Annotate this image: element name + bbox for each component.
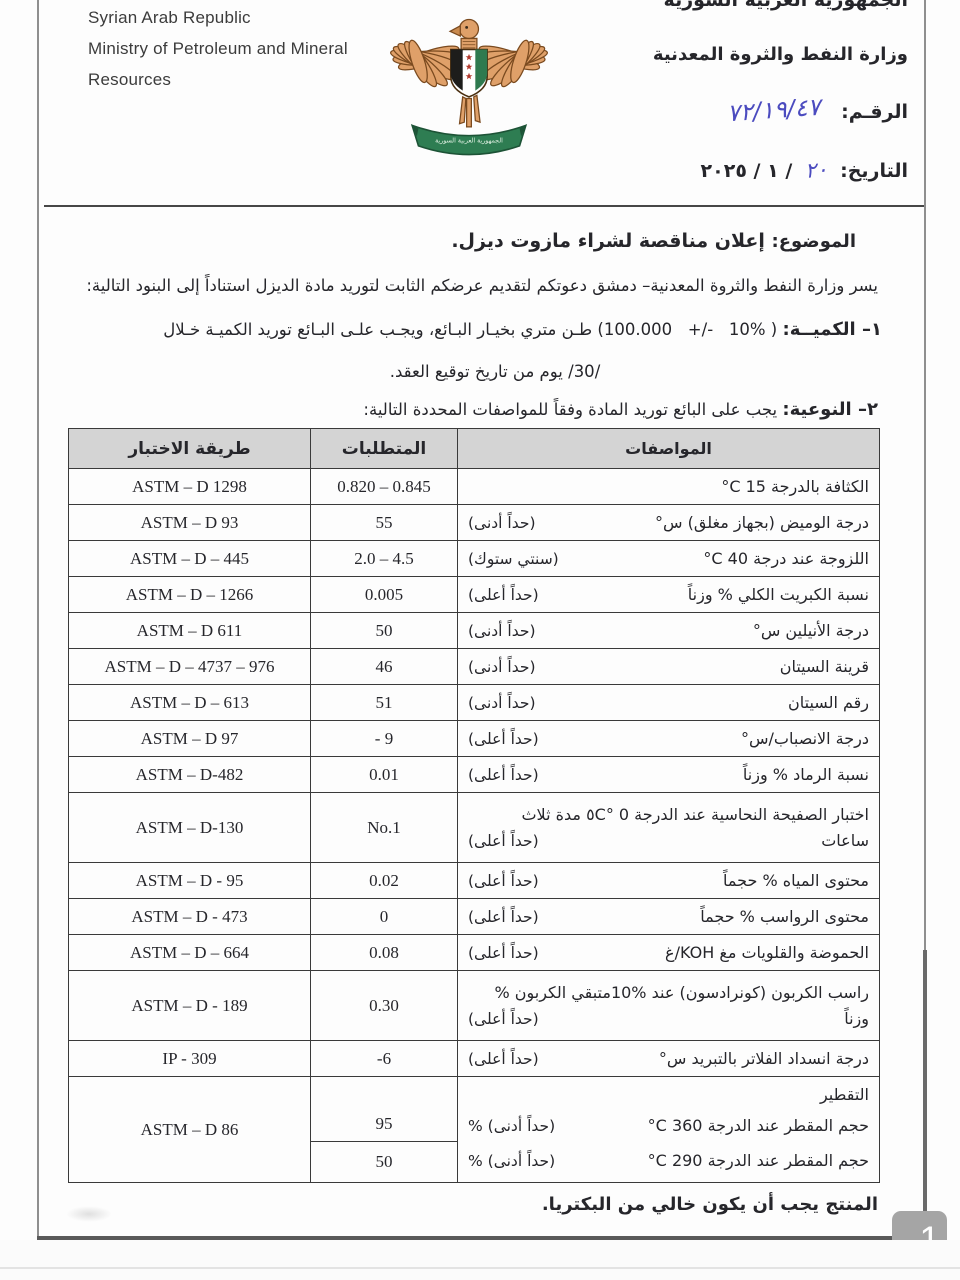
date-label: التاريخ: (840, 160, 908, 182)
method-cell: ASTM – D – 4737 – 976 (69, 649, 311, 684)
quantity-text: طـن متري بخيـار البـائع، ويجـب علـى البـ… (163, 320, 592, 339)
table-row: ASTM – D-130 No.1 اختبار الصفيحة النحاسي… (69, 792, 879, 862)
method-cell: ASTM – D 1298 (69, 469, 311, 504)
page-border-left (37, 0, 39, 1240)
method-cell: ASTM – D-482 (69, 757, 311, 792)
arabic-country-title: الجمهورية العربية السورية (664, 0, 908, 11)
specification-cell: الكثافة بالدرجة 15 C° (458, 469, 879, 504)
spec-text: رقم السيتان (788, 690, 869, 716)
table-row: ASTM – D – 613 51 رقم السيتان (حداً أدنى… (69, 684, 879, 720)
spec-note: (حداً أعلى) (468, 1046, 539, 1072)
english-header-line: Ministry of Petroleum and Mineral (88, 33, 348, 64)
table-header-row: طريقة الاختبار المتطلبات المواصفات (69, 429, 879, 468)
specification-cell: اللزوجة عند درجة 40 C° (سنتي ستوك) (458, 541, 879, 576)
specification-cell: رقم السيتان (حداً أدنى) (458, 685, 879, 720)
specification-cell-group: التقطير حجم المقطر عند الدرجة 360 C° (حد… (458, 1077, 879, 1182)
requirement-cell: 0.005 (311, 577, 458, 612)
specification-cell: نسبة الكبريت الكلي % وزناً (حداً أعلى) (458, 577, 879, 612)
eagle-banner: الجمهورية العربية السورية (412, 125, 526, 154)
spec-text-line2: ساعات (821, 828, 869, 854)
requirement-cell: 0.01 (311, 757, 458, 792)
method-cell: ASTM – D – 613 (69, 685, 311, 720)
spec-text: راسب الكربون (كونرادسون) عند %10متبقي ال… (494, 980, 869, 1006)
requirement-cell: 0.820 – 0.845 (311, 469, 458, 504)
table-row: ASTM – D – 4737 – 976 46 قرينة السيتان (… (69, 648, 879, 684)
specification-cell: نسبة الرماد % وزناً (حداً أعلى) (458, 757, 879, 792)
number-label: الرقـم: (841, 101, 908, 123)
spec-note: (حداً أعلى) (468, 828, 539, 854)
specification-cell: درجة الانصباب/س° (حداً أعلى) (458, 721, 879, 756)
method-cell: ASTM – D – 1266 (69, 577, 311, 612)
distillation-row-group: ASTM – D 86 95 50 التقطير حجم المقطر عند… (69, 1076, 879, 1182)
table-row: ASTM – D 93 55 درجة الوميض (بجهاز مغلق) … (69, 504, 879, 540)
method-cell: ASTM – D-130 (69, 793, 311, 862)
table-row: IP - 309 -6 درجة انسداد الفلاتر بالتبريد… (69, 1040, 879, 1076)
table-row: ASTM – D 611 50 درجة الأنيلين س° (حداً أ… (69, 612, 879, 648)
table-row: ASTM – D – 664 0.08 الحموضة والقلويات مغ… (69, 934, 879, 970)
specification-cell: درجة الأنيلين س° (حداً أدنى) (458, 613, 879, 648)
requirement-cell: 2.0 – 4.5 (311, 541, 458, 576)
syrian-eagle-emblem: الجمهورية العربية السورية (390, 4, 548, 178)
requirement-cell: 0 (311, 899, 458, 934)
table-row: ASTM – D-482 0.01 نسبة الرماد % وزناً (ح… (69, 756, 879, 792)
spec-note: (حداً أعلى) (468, 940, 539, 966)
specification-cell: اختبار الصفيحة النحاسية عند الدرجة ٥C° 0… (458, 793, 879, 862)
subject-line: الموضوع: إعلان مناقصة لشراء مازوت ديزل. (451, 230, 856, 252)
page-border-right-shadow (923, 950, 927, 1240)
requirement-cell: 51 (311, 685, 458, 720)
number-handwritten-value: ٧٢/١٩/٤٧ (726, 93, 821, 127)
method-cell: ASTM – D - 189 (69, 971, 311, 1040)
requirement-cell: 55 (311, 505, 458, 540)
spec-note: (حداً أعلى) (468, 762, 539, 788)
requirement-cell: - 9 (311, 721, 458, 756)
spec-text: درجة الوميض (بجهاز مغلق) س° (655, 510, 869, 536)
quantity-figures: 100.000 +/- 10% (604, 320, 766, 339)
specification-cell: راسب الكربون (كونرادسون) عند %10متبقي ال… (458, 971, 879, 1040)
table-row: ASTM – D – 445 2.0 – 4.5 اللزوجة عند درج… (69, 540, 879, 576)
spec-note: (حداً أعلى) (468, 726, 539, 752)
spec-text: حجم المقطر عند الدرجة 360 C° (648, 1113, 869, 1139)
spec-note: (حداً أعلى) (468, 904, 539, 930)
subject-text: إعلان مناقصة لشراء مازوت ديزل. (451, 230, 765, 252)
method-cell: ASTM – D - 95 (69, 863, 311, 898)
spec-note: (حداً أدنى) % (468, 1148, 555, 1174)
spec-text: اللزوجة عند درجة 40 C° (703, 546, 869, 572)
spec-note: (حداً أدنى) % (468, 1113, 555, 1139)
specification-cell: قرينة السيتان (حداً أدنى) (458, 649, 879, 684)
spec-text: درجة الأنيلين س° (753, 618, 869, 644)
header-specification: المواصفات (458, 429, 879, 468)
date-rest: / ١ / ٢٠٢٥ (701, 160, 793, 182)
table-row: ASTM – D - 95 0.02 محتوى المياه % حجماً … (69, 862, 879, 898)
method-cell: ASTM – D 93 (69, 505, 311, 540)
quantity-label: ١– الكميــة: (783, 319, 883, 340)
specification-cell: الحموضة والقلويات مغ KOH/غ (حداً أعلى) (458, 935, 879, 970)
spec-note: (حداً أدنى) (468, 654, 536, 680)
spec-note: (سنتي ستوك) (468, 546, 559, 572)
method-cell: ASTM – D 611 (69, 613, 311, 648)
method-cell: ASTM – D – 445 (69, 541, 311, 576)
quality-text: يجب على البائع توريد المادة وفقاً للمواص… (363, 400, 777, 419)
english-header-line: Syrian Arab Republic (88, 2, 348, 33)
spec-text: اختبار الصفيحة النحاسية عند الدرجة ٥C° 0… (521, 802, 869, 828)
spec-text: درجة الانصباب/س° (741, 726, 869, 752)
requirement-cell-group: 95 50 (311, 1077, 458, 1182)
quality-clause: ٢– النوعية: يجب على البائع توريد المادة … (363, 399, 878, 420)
svg-text:الجمهورية العربية السورية: الجمهورية العربية السورية (435, 138, 503, 145)
table-row: ASTM – D 1298 0.820 – 0.845 الكثافة بالد… (69, 468, 879, 504)
method-cell: IP - 309 (69, 1041, 311, 1076)
header-method: طريقة الاختبار (69, 429, 311, 468)
spec-text: نسبة الكبريت الكلي % وزناً (688, 582, 869, 608)
quantity-clause: ١– الكميــة: ( (100.000 +/- 10%)100.000 … (163, 319, 882, 340)
spec-text: نسبة الرماد % وزناً (743, 762, 869, 788)
spec-text: محتوى المياه % حجماً (723, 868, 869, 894)
bacteria-free-note: المنتج يجب أن يكون خالي من البكتريا. (542, 1194, 878, 1215)
spec-note: (حداً أدنى) (468, 618, 536, 644)
requirement-cell: -6 (311, 1041, 458, 1076)
requirement-cell: 0.30 (311, 971, 458, 1040)
spec-text: الكثافة بالدرجة 15 C° (721, 474, 869, 500)
table-row: ASTM – D – 1266 0.005 نسبة الكبريت الكلي… (69, 576, 879, 612)
date-handwritten-day: ٢٠ (804, 157, 829, 183)
distillation-line: حجم المقطر عند الدرجة 360 C° (حداً أدنى)… (468, 1113, 869, 1139)
spec-text: الحموضة والقلويات مغ KOH/غ (665, 940, 869, 966)
spec-note: (حداً أدنى) (468, 510, 536, 536)
method-cell: ASTM – D - 473 (69, 899, 311, 934)
requirement-cell: 50 (311, 1141, 457, 1182)
distillation-title: التقطير (468, 1085, 869, 1104)
arabic-ministry-title: وزارة النفط والثروة المعدنية (653, 44, 908, 65)
scan-edge-line (0, 1267, 960, 1269)
requirement-cell: 46 (311, 649, 458, 684)
spec-note: (حداً أعلى) (468, 582, 539, 608)
header-divider (44, 205, 924, 207)
table-row: ASTM – D - 473 0 محتوى الرواسب % حجماً (… (69, 898, 879, 934)
spec-text: حجم المقطر عند الدرجة 290 C° (648, 1148, 869, 1174)
scan-bottom-strip (0, 1240, 960, 1280)
spec-text: قرينة السيتان (780, 654, 869, 680)
spec-note: (حداً أعلى) (468, 1006, 539, 1032)
requirement-cell: No.1 (311, 793, 458, 862)
table-row: ASTM – D - 189 0.30 راسب الكربون (كونراد… (69, 970, 879, 1040)
spec-text: درجة انسداد الفلاتر بالتبريد س° (659, 1046, 869, 1072)
requirement-cell: 0.08 (311, 935, 458, 970)
method-cell: ASTM – D 86 (69, 1077, 311, 1182)
document-page: Syrian Arab Republic Ministry of Petrole… (0, 0, 960, 1280)
document-number-line: الرقـم: ٧٢/١٩/٤٧ (713, 96, 908, 124)
method-cell: ASTM – D – 664 (69, 935, 311, 970)
subject-label: الموضوع: (772, 231, 856, 252)
specification-table: طريقة الاختبار المتطلبات المواصفات ASTM … (68, 428, 880, 1183)
quantity-clause-line2: /30/ يوم من تاريخ توقيع العقد. (102, 362, 888, 381)
table-row: ASTM – D 97 - 9 درجة الانصباب/س° (حداً أ… (69, 720, 879, 756)
specification-cell: درجة انسداد الفلاتر بالتبريد س° (حداً أع… (458, 1041, 879, 1076)
spec-note: (حداً أعلى) (468, 868, 539, 894)
spec-note: (حداً أدنى) (468, 690, 536, 716)
specification-cell: درجة الوميض (بجهاز مغلق) س° (حداً أدنى) (458, 505, 879, 540)
eagle-shield (451, 50, 487, 97)
quality-label: ٢– النوعية: (782, 399, 878, 420)
scan-smudge (66, 1206, 112, 1222)
spec-text: محتوى الرواسب % حجماً (700, 904, 869, 930)
distillation-line: حجم المقطر عند الدرجة 290 C° (حداً أدنى)… (468, 1148, 869, 1174)
method-cell: ASTM – D 97 (69, 721, 311, 756)
requirement-cell: 95 (311, 1077, 457, 1141)
spec-table-body: ASTM – D 1298 0.820 – 0.845 الكثافة بالد… (69, 468, 879, 1076)
requirement-cell: 0.02 (311, 863, 458, 898)
specification-cell: محتوى المياه % حجماً (حداً أعلى) (458, 863, 879, 898)
english-header-line: Resources (88, 64, 348, 95)
specification-cell: محتوى الرواسب % حجماً (حداً أعلى) (458, 899, 879, 934)
document-date-line: التاريخ: ٢٠ / ١ / ٢٠٢٥ (701, 158, 908, 182)
intro-paragraph: يسر وزارة النفط والثروة المعدنية– دمشق د… (86, 276, 878, 295)
spec-text-line2: وزناً (844, 1006, 869, 1032)
english-header: Syrian Arab Republic Ministry of Petrole… (88, 2, 348, 95)
header-requirement: المتطلبات (311, 429, 458, 468)
requirement-cell: 50 (311, 613, 458, 648)
